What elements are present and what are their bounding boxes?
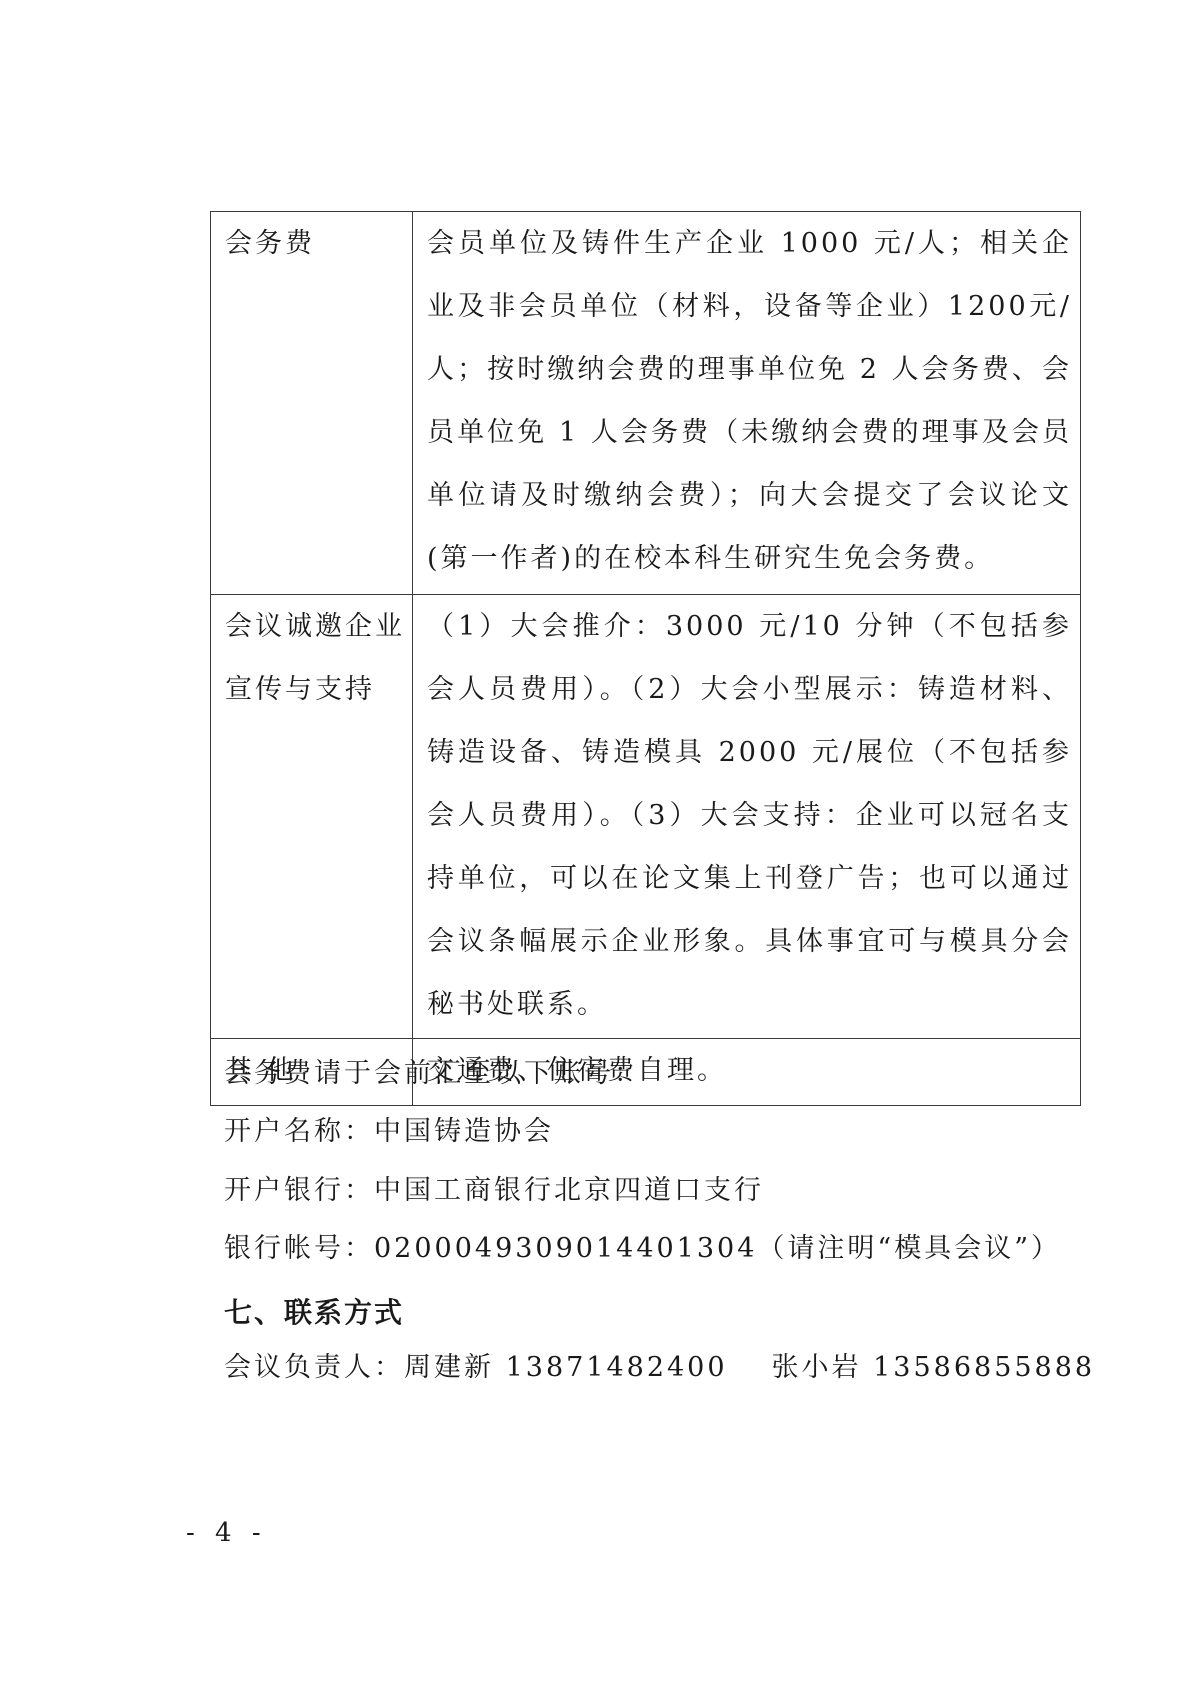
payment-intro: 会务费请于会前汇至以下账号： bbox=[224, 1054, 644, 1094]
section-heading-contact: 七、联系方式 bbox=[224, 1291, 404, 1331]
bank-name: 开户银行：中国工商银行北京四道口支行 bbox=[224, 1171, 764, 1211]
account-name: 开户名称：中国铸造协会 bbox=[224, 1112, 554, 1152]
page-number: - 4 - bbox=[186, 1518, 267, 1548]
contact-label: 会议负责人： bbox=[224, 1352, 404, 1383]
account-number: 银行帐号：0200049309014401304（请注明“模具会议”） bbox=[224, 1229, 1061, 1269]
row-label: 会议诚邀企业宣传与支持 bbox=[211, 595, 413, 1039]
contact-person-1: 周建新 13871482400 bbox=[404, 1352, 728, 1383]
fee-table: 会务费 会员单位及铸件生产企业 1000 元/人；相关企业及非会员单位（材料，设… bbox=[210, 211, 1081, 1106]
row-value: 会员单位及铸件生产企业 1000 元/人；相关企业及非会员单位（材料，设备等企业… bbox=[413, 212, 1081, 595]
table-row-conference-fee: 会务费 会员单位及铸件生产企业 1000 元/人；相关企业及非会员单位（材料，设… bbox=[211, 212, 1081, 595]
table-row-sponsorship: 会议诚邀企业宣传与支持 （1）大会推介：3000 元/10 分钟（不包括参会人员… bbox=[211, 595, 1081, 1039]
contact-person-2: 张小岩 13586855888 bbox=[772, 1352, 1096, 1383]
contact-line: 会议负责人：周建新 13871482400张小岩 13586855888 bbox=[224, 1348, 1095, 1388]
row-value: （1）大会推介：3000 元/10 分钟（不包括参会人员费用）。（2）大会小型展… bbox=[413, 595, 1081, 1039]
document-page: 会务费 会员单位及铸件生产企业 1000 元/人；相关企业及非会员单位（材料，设… bbox=[0, 0, 1200, 1697]
row-label: 会务费 bbox=[211, 212, 413, 595]
